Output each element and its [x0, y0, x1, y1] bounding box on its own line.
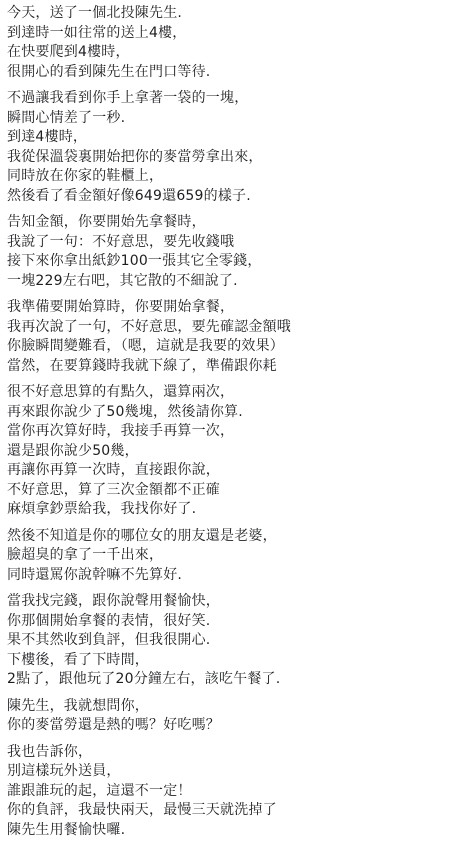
- paragraph-5: 很不好意思算的有點久，還算兩次， 再來跟你說少了50幾塊，然後請你算. 當你再次…: [7, 383, 460, 520]
- text-line: 我從保溫袋裏開始把你的麥當勞拿出來，: [7, 148, 460, 168]
- text-line: 同時還罵你說幹嘛不先算好.: [7, 566, 460, 586]
- text-line: 當我找完錢，跟你說聲用餐愉快，: [7, 592, 460, 612]
- text-line: 2點了，跟他玩了20分鐘左右，該吃午餐了.: [7, 670, 460, 690]
- text-line: 當你再次算好時，我接手再算一次，: [7, 422, 460, 442]
- text-line: 我說了一句：不好意思，要先收錢哦: [7, 233, 460, 253]
- text-line: 你那個開始拿餐的表情，很好笑.: [7, 612, 460, 632]
- text-line: 瞬間心情差了一秒.: [7, 109, 460, 129]
- text-line: 很不好意思算的有點久，還算兩次，: [7, 383, 460, 403]
- text-line: 你的麥當勞還是熱的嗎？好吃嗎？: [7, 716, 460, 736]
- text-line: 一塊229左右吧，其它散的不細說了.: [7, 272, 460, 292]
- text-line: 不好意思，算了三次金額都不正確: [7, 481, 460, 501]
- text-line: 告知金額，你要開始先拿餐時，: [7, 213, 460, 233]
- text-line: 當然，在要算錢時我就下線了，準備跟你耗: [7, 357, 460, 377]
- text-line: 你的負評，我最快兩天，最慢三天就洗掉了: [7, 801, 460, 821]
- text-line: 到達4樓時，: [7, 128, 460, 148]
- text-line: 接下來你拿出紙鈔100一張其它全零錢，: [7, 252, 460, 272]
- text-line: 誰跟誰玩的起，這還不一定！: [7, 782, 460, 802]
- text-line: 很開心的看到陳先生在門口等待.: [7, 63, 460, 83]
- text-line: 臉超臭的拿了一千出來，: [7, 546, 460, 566]
- text-line: 再來跟你說少了50幾塊，然後請你算.: [7, 403, 460, 423]
- paragraph-9: 我也告訴你， 別這樣玩外送員， 誰跟誰玩的起，這還不一定！ 你的負評，我最快兩天…: [7, 743, 460, 841]
- text-line: 同時放在你家的鞋櫃上，: [7, 167, 460, 187]
- text-line: 然後看了看金額好像649還659的樣子.: [7, 187, 460, 207]
- text-line: 還是跟你說少50幾，: [7, 442, 460, 462]
- paragraph-7: 當我找完錢，跟你說聲用餐愉快， 你那個開始拿餐的表情，很好笑. 果不其然收到負評…: [7, 592, 460, 690]
- post-body: 今天，送了一個北投陳先生. 到達時一如往常的送上4樓， 在快要爬到4樓時， 很開…: [0, 0, 460, 840]
- text-line: 果不其然收到負評，但我很開心.: [7, 631, 460, 651]
- text-line: 我再次說了一句，不好意思，要先確認金額哦: [7, 318, 460, 338]
- text-line: 到達時一如往常的送上4樓，: [7, 24, 460, 44]
- paragraph-3: 告知金額，你要開始先拿餐時， 我說了一句：不好意思，要先收錢哦 接下來你拿出紙鈔…: [7, 213, 460, 291]
- text-line: 我準備要開始算時，你要開始拿餐，: [7, 298, 460, 318]
- text-line: 再讓你再算一次時，直接跟你說，: [7, 461, 460, 481]
- text-line: 麻煩拿鈔票給我，我找你好了.: [7, 500, 460, 520]
- text-line: 你臉瞬間變難看，（嗯，這就是我要的效果）: [7, 337, 460, 357]
- text-line: 在快要爬到4樓時，: [7, 43, 460, 63]
- text-line: 今天，送了一個北投陳先生.: [7, 4, 460, 24]
- paragraph-2: 不過讓我看到你手上拿著一袋的一塊， 瞬間心情差了一秒. 到達4樓時， 我從保溫袋…: [7, 89, 460, 206]
- text-line: 陳先生用餐愉快囉.: [7, 821, 460, 841]
- paragraph-4: 我準備要開始算時，你要開始拿餐， 我再次說了一句，不好意思，要先確認金額哦 你臉…: [7, 298, 460, 376]
- text-line: 我也告訴你，: [7, 743, 460, 763]
- text-line: 然後不知道是你的哪位女的朋友還是老婆，: [7, 527, 460, 547]
- text-line: 別這樣玩外送員，: [7, 762, 460, 782]
- paragraph-6: 然後不知道是你的哪位女的朋友還是老婆， 臉超臭的拿了一千出來， 同時還罵你說幹嘛…: [7, 527, 460, 586]
- paragraph-8: 陳先生，我就想問你， 你的麥當勞還是熱的嗎？好吃嗎？: [7, 697, 460, 736]
- text-line: 陳先生，我就想問你，: [7, 697, 460, 717]
- text-line: 不過讓我看到你手上拿著一袋的一塊，: [7, 89, 460, 109]
- paragraph-1: 今天，送了一個北投陳先生. 到達時一如往常的送上4樓， 在快要爬到4樓時， 很開…: [7, 4, 460, 82]
- text-line: 下樓後，看了下時間，: [7, 651, 460, 671]
